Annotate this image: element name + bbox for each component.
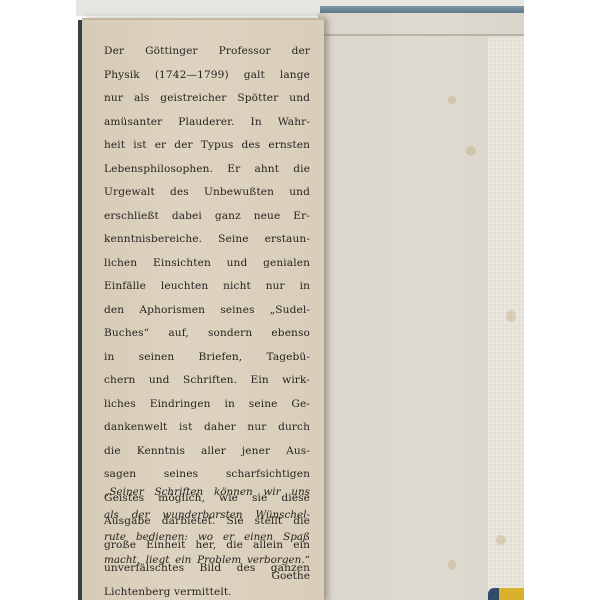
quote-attribution: Goethe (272, 570, 310, 582)
blurb-line: heit ist er der Typus des ernsten (104, 134, 310, 158)
blurb-line: chern und Schriften. Ein wirk- (104, 369, 310, 393)
blurb-line: in seinen Briefen, Tagebü- (104, 346, 310, 370)
book-flap: Der Göttinger Professor der Physik (1742… (82, 18, 324, 600)
cover-blue-band (320, 6, 524, 13)
blurb-line: Buches“ auf, sondern ebenso (104, 322, 310, 346)
quote-line: „Seiner Schriften können wir uns (104, 481, 310, 504)
corner-sticker (488, 588, 524, 600)
blurb-line: erschließt dabei ganz neue Er- (104, 205, 310, 229)
background-right (524, 0, 600, 600)
blurb-line: Lebensphilosophen. Er ahnt die (104, 158, 310, 182)
blurb-line: dankenwelt ist daher nur durch (104, 416, 310, 440)
blurb-line: liches Eindringen in seine Ge- (104, 393, 310, 417)
blurb-line: lichen Einsichten und genialen (104, 252, 310, 276)
photo-scene: Der Göttinger Professor der Physik (1742… (0, 0, 600, 600)
foxing-spot (466, 146, 476, 156)
foxing-spot (448, 560, 456, 570)
foxing-spot (506, 310, 516, 322)
foxing-spot (496, 535, 506, 545)
blurb-line: Lichtenberg vermittelt. (104, 581, 310, 600)
blurb-line: kenntnisbereiche. Seine erstaun- (104, 228, 310, 252)
goethe-quote: „Seiner Schriften können wir uns als der… (104, 481, 310, 571)
background-left (0, 0, 76, 600)
blurb-line: nur als geistreicher Spötter und (104, 87, 310, 111)
quote-line: als der wunderbarsten Wünschel- (104, 504, 310, 527)
blurb-line: amüsanter Plauderer. In Wahr- (104, 111, 310, 135)
blurb-line: Der Göttinger Professor der (104, 40, 310, 64)
quote-line: macht, liegt ein Problem verborgen.“ (104, 549, 310, 572)
quote-line: rute bedienen: wo er einen Spaß (104, 526, 310, 549)
foxing-spot (448, 96, 456, 104)
blurb-line: Urgewalt des Unbewußten und (104, 181, 310, 205)
blurb-line: Einfälle leuchten nicht nur in (104, 275, 310, 299)
blurb-line: Physik (1742—1799) galt lange (104, 64, 310, 88)
blurb-line: den Aphorismen seines „Sudel- (104, 299, 310, 323)
blurb-line: die Kenntnis aller jener Aus- (104, 440, 310, 464)
